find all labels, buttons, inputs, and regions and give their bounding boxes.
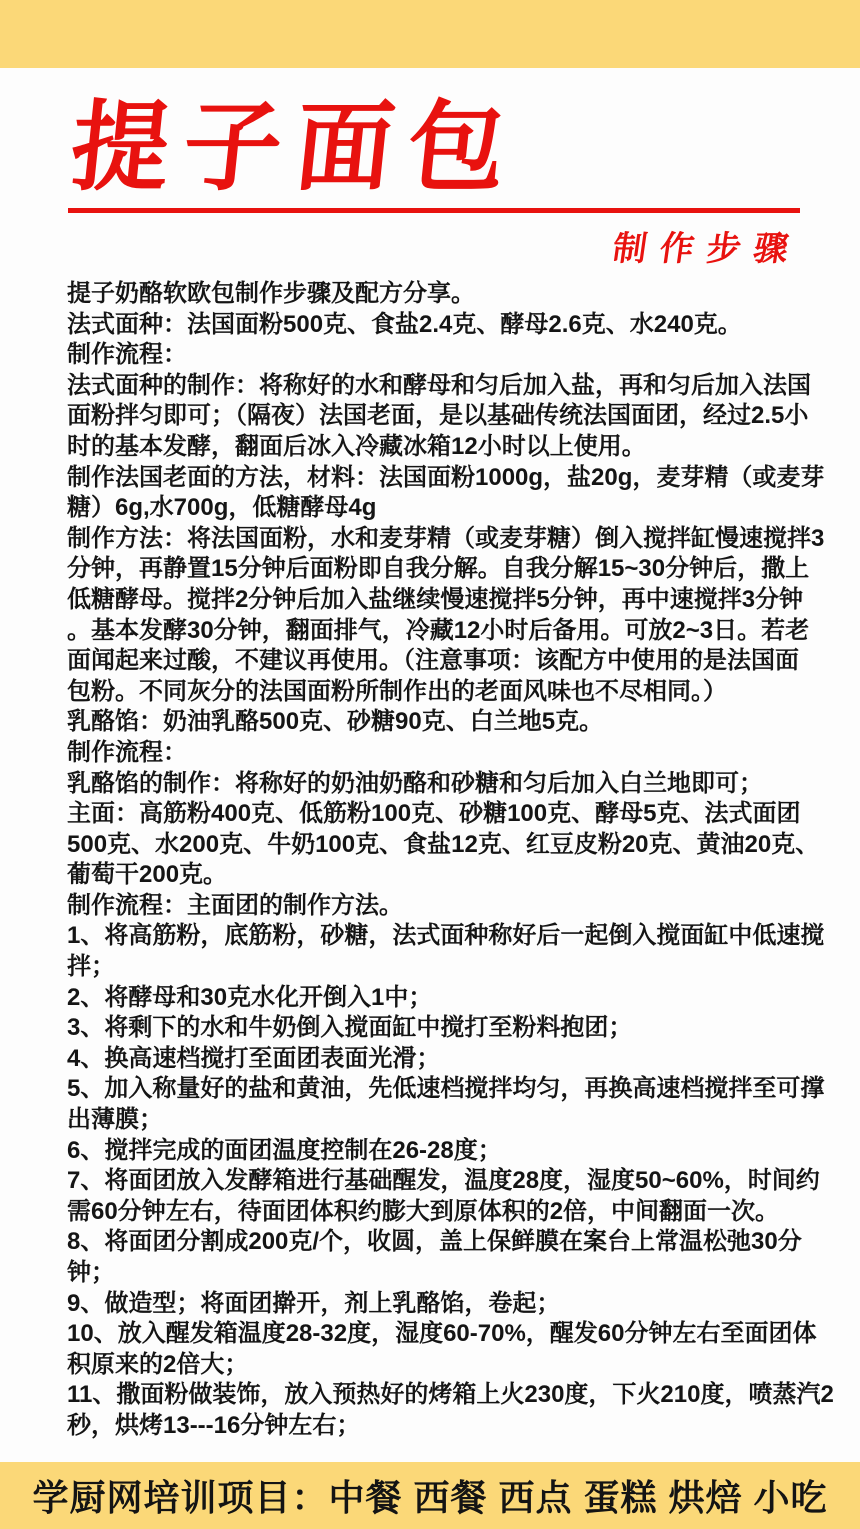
recipe-line: 7、将面团放入发酵箱进行基础醒发，温度28度，湿度50~60%，时间约 [67, 1166, 812, 1197]
recipe-line: 时的基本发酵，翻面后冰入冷藏冰箱12小时以上使用。 [67, 432, 812, 463]
recipe-line: 500克、水200克、牛奶100克、食盐12克、红豆皮粉20克、黄油20克、 [67, 830, 812, 861]
page-title: 提子面包 [66, 96, 525, 200]
recipe-line: 积原来的2倍大； [67, 1350, 812, 1381]
bottom-banner: 学厨网培训项目：中餐 西餐 西点 蛋糕 烘焙 小吃 [0, 1462, 860, 1529]
recipe-line: 。基本发酵30分钟，翻面排气，冷藏12小时后备用。可放2~3日。若老 [67, 616, 812, 647]
recipe-line: 制作流程：主面团的制作方法。 [67, 891, 812, 922]
recipe-line: 8、将面团分割成200克/个，收圆，盖上保鲜膜在案台上常温松弛30分 [67, 1227, 812, 1258]
recipe-line: 制作方法：将法国面粉，水和麦芽精（或麦芽糖）倒入搅拌缸慢速搅拌3 [67, 524, 812, 555]
recipe-line: 3、将剩下的水和牛奶倒入搅面缸中搅打至粉料抱团； [67, 1013, 812, 1044]
recipe-line: 乳酪馅：奶油乳酪500克、砂糖90克、白兰地5克。 [67, 707, 812, 738]
recipe-line: 钟； [67, 1258, 812, 1289]
recipe-line: 4、换高速档搅打至面团表面光滑； [67, 1044, 812, 1075]
recipe-line: 制作法国老面的方法，材料：法国面粉1000g，盐20g，麦芽精（或麦芽 [67, 463, 812, 494]
recipe-body: 提子奶酪软欧包制作步骤及配方分享。法式面种：法国面粉500克、食盐2.4克、酵母… [67, 279, 812, 1442]
recipe-line: 需60分钟左右，待面团体积约膨大到原体积的2倍，中间翻面一次。 [67, 1197, 812, 1228]
recipe-line: 2、将酵母和30克水化开倒入1中； [67, 983, 812, 1014]
recipe-line: 糖）6g,水700g，低糖酵母4g [67, 493, 812, 524]
recipe-line: 面粉拌匀即可；（隔夜）法国老面，是以基础传统法国面团，经过2.5小 [67, 401, 812, 432]
recipe-line: 面闻起来过酸，不建议再使用。（注意事项：该配方中使用的是法国面 [67, 646, 812, 677]
recipe-line: 葡萄干200克。 [67, 860, 812, 891]
recipe-line: 9、做造型；将面团擀开，剂上乳酪馅，卷起； [67, 1289, 812, 1320]
recipe-line: 10、放入醒发箱温度28-32度，湿度60-70%，醒发60分钟左右至面团体 [67, 1319, 812, 1350]
title-underline [68, 208, 800, 213]
footer-text: 学厨网培训项目：中餐 西餐 西点 蛋糕 烘焙 小吃 [32, 1470, 827, 1521]
recipe-line: 6、搅拌完成的面团温度控制在26-28度； [67, 1136, 812, 1167]
page-subtitle: 制作步骤 [610, 221, 805, 270]
recipe-line: 5、加入称量好的盐和黄油，先低速档搅拌均匀，再换高速档搅拌至可撑 [67, 1074, 812, 1105]
recipe-line: 包粉。不同灰分的法国面粉所制作出的老面风味也不尽相同。） [67, 677, 812, 708]
recipe-line: 制作流程： [67, 340, 812, 371]
recipe-line: 1、将高筋粉，底筋粉，砂糖，法式面种称好后一起倒入搅面缸中低速搅 [67, 921, 812, 952]
recipe-line: 出薄膜； [67, 1105, 812, 1136]
recipe-line: 制作流程： [67, 738, 812, 769]
recipe-line: 秒，烘烤13---16分钟左右； [67, 1411, 812, 1442]
recipe-line: 低糖酵母。搅拌2分钟后加入盐继续慢速搅拌5分钟，再中速搅拌3分钟 [67, 585, 812, 616]
recipe-line: 法式面种：法国面粉500克、食盐2.4克、酵母2.6克、水240克。 [67, 310, 812, 341]
recipe-line: 提子奶酪软欧包制作步骤及配方分享。 [67, 279, 812, 310]
recipe-line: 拌； [67, 952, 812, 983]
recipe-line: 主面：高筋粉400克、低筋粉100克、砂糖100克、酵母5克、法式面团 [67, 799, 812, 830]
recipe-line: 分钟，再静置15分钟后面粉即自我分解。自我分解15~30分钟后，撒上 [67, 554, 812, 585]
recipe-line: 11、撒面粉做装饰，放入预热好的烤箱上火230度，下火210度，喷蒸汽2 [67, 1380, 812, 1411]
top-banner [0, 0, 860, 68]
recipe-line: 法式面种的制作：将称好的水和酵母和匀后加入盐，再和匀后加入法国 [67, 371, 812, 402]
recipe-line: 乳酪馅的制作：将称好的奶油奶酪和砂糖和匀后加入白兰地即可； [67, 769, 812, 800]
